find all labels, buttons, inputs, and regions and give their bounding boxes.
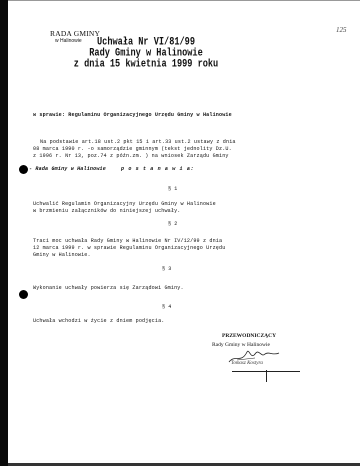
punch-hole-mark: [19, 165, 28, 174]
signature-role: PRZEWODNICZĄCY: [222, 333, 276, 339]
section-2-line-1: Traci moc uchwała Rady Gminy w Halinowie…: [33, 238, 222, 245]
section-1-mark: § 1: [168, 186, 177, 193]
signature-name: Tomasz Kostyra: [231, 361, 263, 366]
subject-line: w sprawie: Regulaminu Organizacyjnego Ur…: [33, 112, 232, 119]
section-4-line-1: Uchwała wchodzi w życie z dniem podjęcia…: [33, 318, 164, 325]
section-3-mark: § 3: [162, 266, 171, 273]
preamble-line-3: z 1996 r. Nr 13, poz.74 z późn.zm. ) na …: [33, 153, 229, 160]
section-4-mark: § 4: [162, 304, 171, 311]
section-3-line-1: Wykonanie uchwały powierza się Zarządowi…: [33, 285, 184, 292]
page-number: 125: [336, 26, 347, 34]
section-2-line-3: Gminy w Halinowie.: [33, 252, 91, 259]
scan-top-edge: [8, 0, 360, 1]
section-1-line-1: Uchwalić Regulamin Organizacyjny Urzędu …: [33, 201, 216, 208]
section-2-mark: § 2: [168, 221, 177, 228]
preamble-line-1: Na podstawie art.18 ust.2 pkt 15 i art.3…: [40, 139, 236, 146]
signature-stroke: [266, 370, 267, 382]
preamble-line-2: 08 marca 1990 r. -o samorządzie gminnym …: [33, 146, 232, 153]
title-line-3: z dnia 15 kwietnia 1999 roku: [0, 58, 292, 71]
section-1-line-2: w brzmieniu załączników do niniejszej uc…: [33, 208, 181, 215]
section-2-line-2: 12 marca 1999 r. w sprawie Regulaminu Or…: [33, 245, 225, 252]
resolves-word: p o s t a n a w i a:: [121, 166, 194, 173]
punch-hole-mark-2: [19, 290, 28, 299]
resolves-prefix: - Rada Gminy w Halinowie: [29, 166, 106, 173]
